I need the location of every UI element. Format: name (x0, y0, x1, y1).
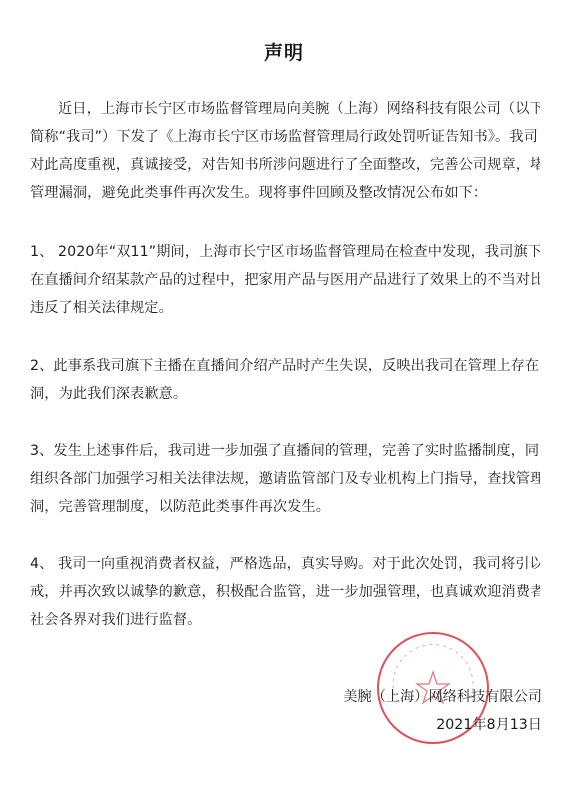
document-title: 声明 (0, 38, 568, 65)
paragraph-line: 2、此事系我司旗下主播在直播间介绍产品时产生失误，反映出我司在管理上存在漏 (30, 352, 540, 380)
paragraph-line: 洞，为此我们深表歉意。 (30, 380, 540, 408)
paragraph-line: 戒，并再次致以诚挚的歉意，积极配合监管，进一步加强管理，也真诚欢迎消费者和 (30, 578, 540, 606)
paragraph-line: 违反了相关法律规定。 (30, 294, 540, 322)
paragraph-line: 近日，上海市长宁区市场监督管理局向美腕（上海）网络科技有限公司（以下 (30, 95, 540, 123)
paragraph-line: 在直播间介绍某款产品的过程中，把家用产品与医用产品进行了效果上的不当对比， (30, 266, 540, 294)
intro-paragraph: 近日，上海市长宁区市场监督管理局向美腕（上海）网络科技有限公司（以下 简称“我司… (30, 95, 540, 207)
paragraph-line: 社会各界对我们进行监督。 (30, 606, 540, 634)
paragraph-line: 管理漏洞，避免此类事件再次发生。现将事件回顾及整改情况公布如下： (30, 179, 540, 207)
paragraph-line: 1、 2020年“双11”期间，上海市长宁区市场监督管理局在检查中发现，我司旗下… (30, 238, 540, 266)
statement-document: 声明 近日，上海市长宁区市场监督管理局向美腕（上海）网络科技有限公司（以下 简称… (0, 0, 568, 800)
paragraph-line: 4、 我司一向重视消费者权益，严格选品，真实导购。对于此次处罚，我司将引以为 (30, 550, 540, 578)
paragraph-line: 简称“我司”）下发了《上海市长宁区市场监督管理局行政处罚听证告知书》。我司 (30, 123, 540, 151)
signature-company: 美腕（上海）网络科技有限公司 (343, 686, 542, 706)
paragraph-line: 洞，完善管理制度，以防范此类事件再次发生。 (30, 493, 540, 521)
paragraph-line: 组织各部门加强学习相关法律法规，邀请监管部门及专业机构上门指导，查找管理漏 (30, 465, 540, 493)
item-4-paragraph: 4、 我司一向重视消费者权益，严格选品，真实导购。对于此次处罚，我司将引以为 戒… (30, 550, 540, 634)
paragraph-line: 对此高度重视，真诚接受，对告知书所涉问题进行了全面整改，完善公司规章，堵住 (30, 151, 540, 179)
item-1-paragraph: 1、 2020年“双11”期间，上海市长宁区市场监督管理局在检查中发现，我司旗下… (30, 238, 540, 322)
item-2-paragraph: 2、此事系我司旗下主播在直播间介绍产品时产生失误，反映出我司在管理上存在漏 洞，… (30, 352, 540, 408)
signature-date: 2021年8月13日 (436, 714, 542, 734)
paragraph-line: 3、发生上述事件后，我司进一步加强了直播间的管理，完善了实时监播制度，同时 (30, 437, 540, 465)
item-3-paragraph: 3、发生上述事件后，我司进一步加强了直播间的管理，完善了实时监播制度，同时 组织… (30, 437, 540, 521)
